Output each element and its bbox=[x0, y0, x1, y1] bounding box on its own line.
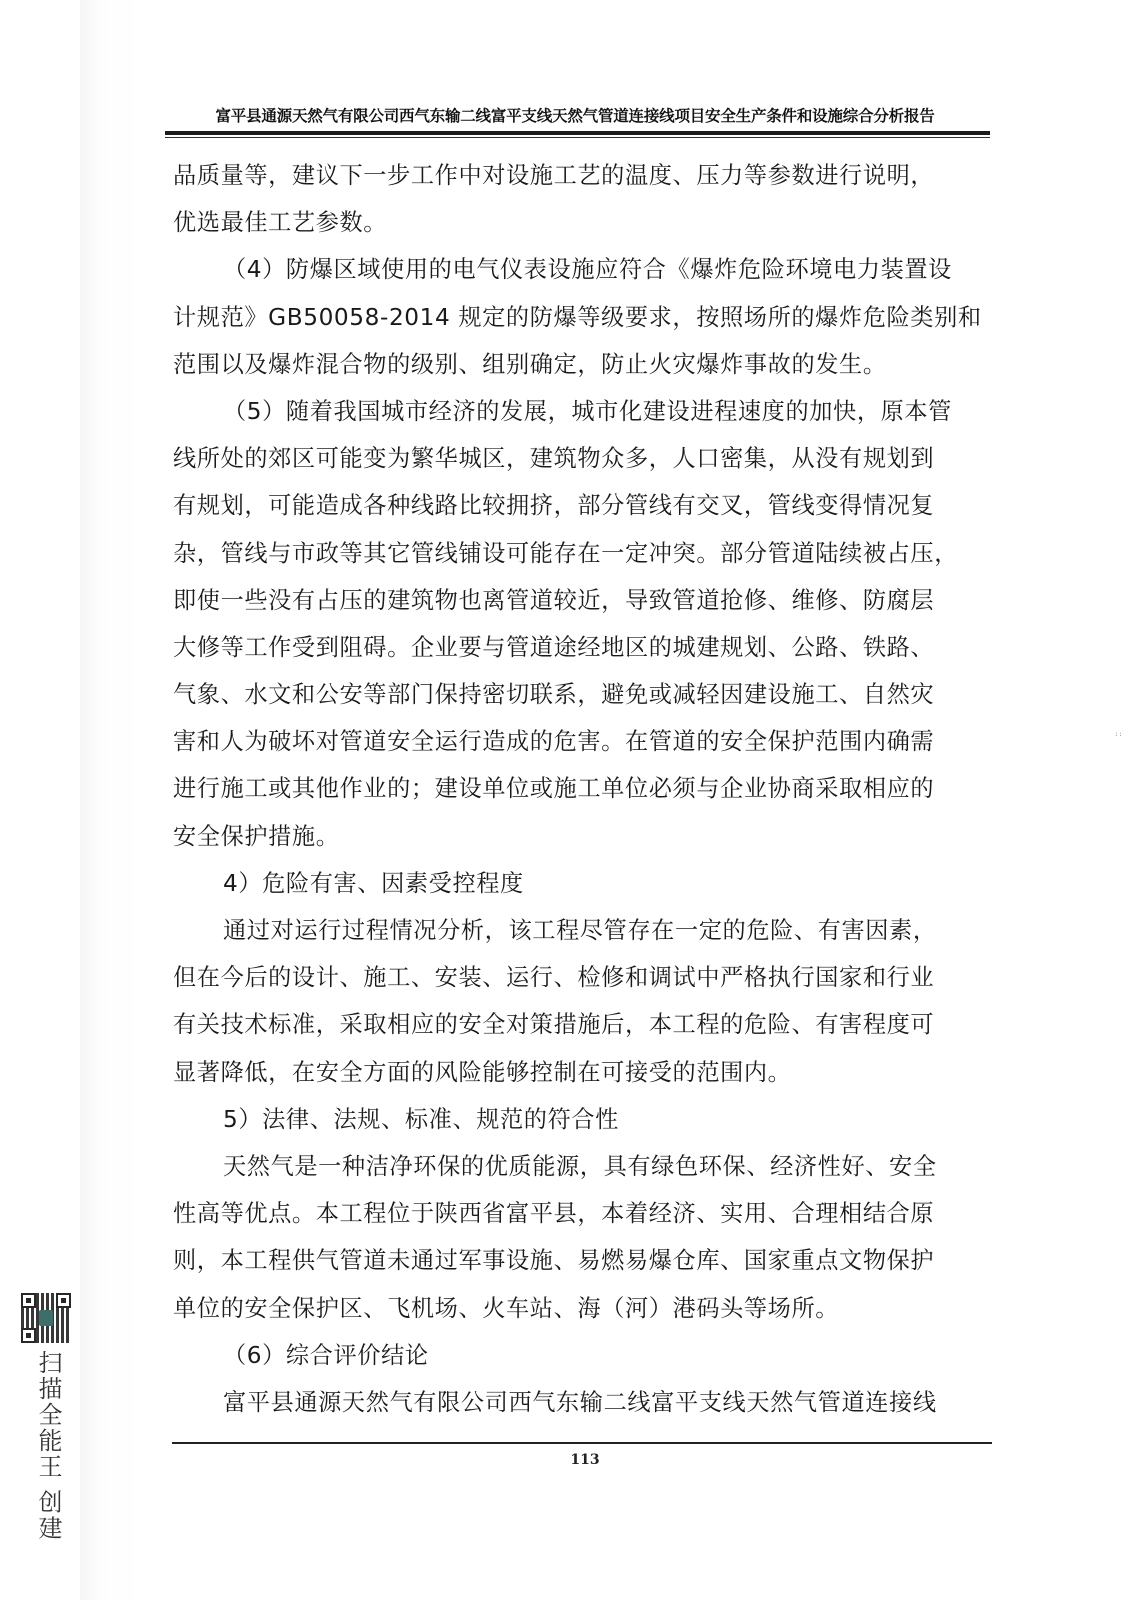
text-line: 则，本工程供气管道未通过军事设施、易燃易爆仓库、国家重点文物保护 bbox=[173, 1237, 993, 1284]
text-line: 富平县通源天然气有限公司西气东输二线富平支线天然气管道连接线 bbox=[173, 1379, 993, 1426]
text-line: 性高等优点。本工程位于陕西省富平县，本着经济、实用、合理相结合原 bbox=[173, 1190, 993, 1237]
header-rule-thin bbox=[165, 137, 990, 138]
qr-finder-icon bbox=[56, 1293, 71, 1308]
qr-code-icon bbox=[21, 1293, 71, 1343]
text-line: 害和人为破坏对管道安全运行造成的危害。在管道的安全保护范围内确需 bbox=[173, 718, 993, 765]
text-line: 优选最佳工艺参数。 bbox=[173, 199, 993, 246]
text-line: 天然气是一种洁净环保的优质能源，具有绿色环保、经济性好、安全 bbox=[173, 1143, 993, 1190]
text-line: 大修等工作受到阻碍。企业要与管道途经地区的城建规划、公路、铁路、 bbox=[173, 624, 993, 671]
text-line: （5）随着我国城市经济的发展，城市化建设进程速度的加快，原本管 bbox=[173, 388, 993, 435]
text-line: 计规范》GB50058-2014 规定的防爆等级要求，按照场所的爆炸危险类别和 bbox=[173, 294, 993, 341]
text-line: 安全保护措施。 bbox=[173, 813, 993, 860]
scan-artifact: ⁚⁚ bbox=[1114, 732, 1122, 736]
text-line: （4）防爆区域使用的电气仪表设施应符合《爆炸危险环境电力装置设 bbox=[173, 246, 993, 293]
text-line: 即使一些没有占压的建筑物也离管道较近，导致管道抢修、维修、防腐层 bbox=[173, 577, 993, 624]
text-line: 进行施工或其他作业的；建设单位或施工单位必须与企业协商采取相应的 bbox=[173, 765, 993, 812]
text-line: 气象、水文和公安等部门保持密切联系，避免或减轻因建设施工、自然灾 bbox=[173, 671, 993, 718]
section-heading: 5）法律、法规、标准、规范的符合性 bbox=[173, 1096, 993, 1143]
text-line: 有规划，可能造成各种线路比较拥挤，部分管线有交叉，管线变得情况复 bbox=[173, 482, 993, 529]
text-line: 线所处的郊区可能变为繁华城区，建筑物众多，人口密集，从没有规划到 bbox=[173, 435, 993, 482]
text-line: 显著降低，在安全方面的风险能够控制在可接受的范围内。 bbox=[173, 1049, 993, 1096]
scanner-watermark: 扫描全能王 创建 bbox=[26, 1350, 66, 1542]
text-line: 有关技术标准，采取相应的安全对策措施后，本工程的危险、有害程度可 bbox=[173, 1001, 993, 1048]
text-line: 范围以及爆炸混合物的级别、组别确定，防止火灾爆炸事故的发生。 bbox=[173, 341, 993, 388]
text-line: 杂，管线与市政等其它管线铺设可能存在一定冲突。部分管道陆续被占压， bbox=[173, 530, 993, 577]
footer-rule bbox=[172, 1442, 992, 1444]
qr-finder-icon bbox=[21, 1328, 36, 1343]
section-heading: （6）综合评价结论 bbox=[173, 1332, 993, 1379]
text-line: 通过对运行过程情况分析，该工程尽管存在一定的危险、有害因素， bbox=[173, 907, 993, 954]
scanner-logo-icon bbox=[39, 1310, 53, 1326]
section-heading: 4）危险有害、因素受控程度 bbox=[173, 860, 993, 907]
running-header-title: 富平县通源天然气有限公司西气东输二线富平支线天然气管道连接线项目安全生产条件和设… bbox=[170, 104, 980, 126]
text-line: 单位的安全保护区、飞机场、火车站、海（河）港码头等场所。 bbox=[173, 1285, 993, 1332]
body-text: 品质量等，建议下一步工作中对设施工艺的温度、压力等参数进行说明， 优选最佳工艺参… bbox=[173, 152, 993, 1426]
text-line: 品质量等，建议下一步工作中对设施工艺的温度、压力等参数进行说明， bbox=[173, 152, 993, 199]
header-rule bbox=[165, 131, 990, 135]
text-line: 但在今后的设计、施工、安装、运行、检修和调试中严格执行国家和行业 bbox=[173, 954, 993, 1001]
qr-finder-icon bbox=[21, 1293, 36, 1308]
page-number: 113 bbox=[560, 1452, 610, 1468]
